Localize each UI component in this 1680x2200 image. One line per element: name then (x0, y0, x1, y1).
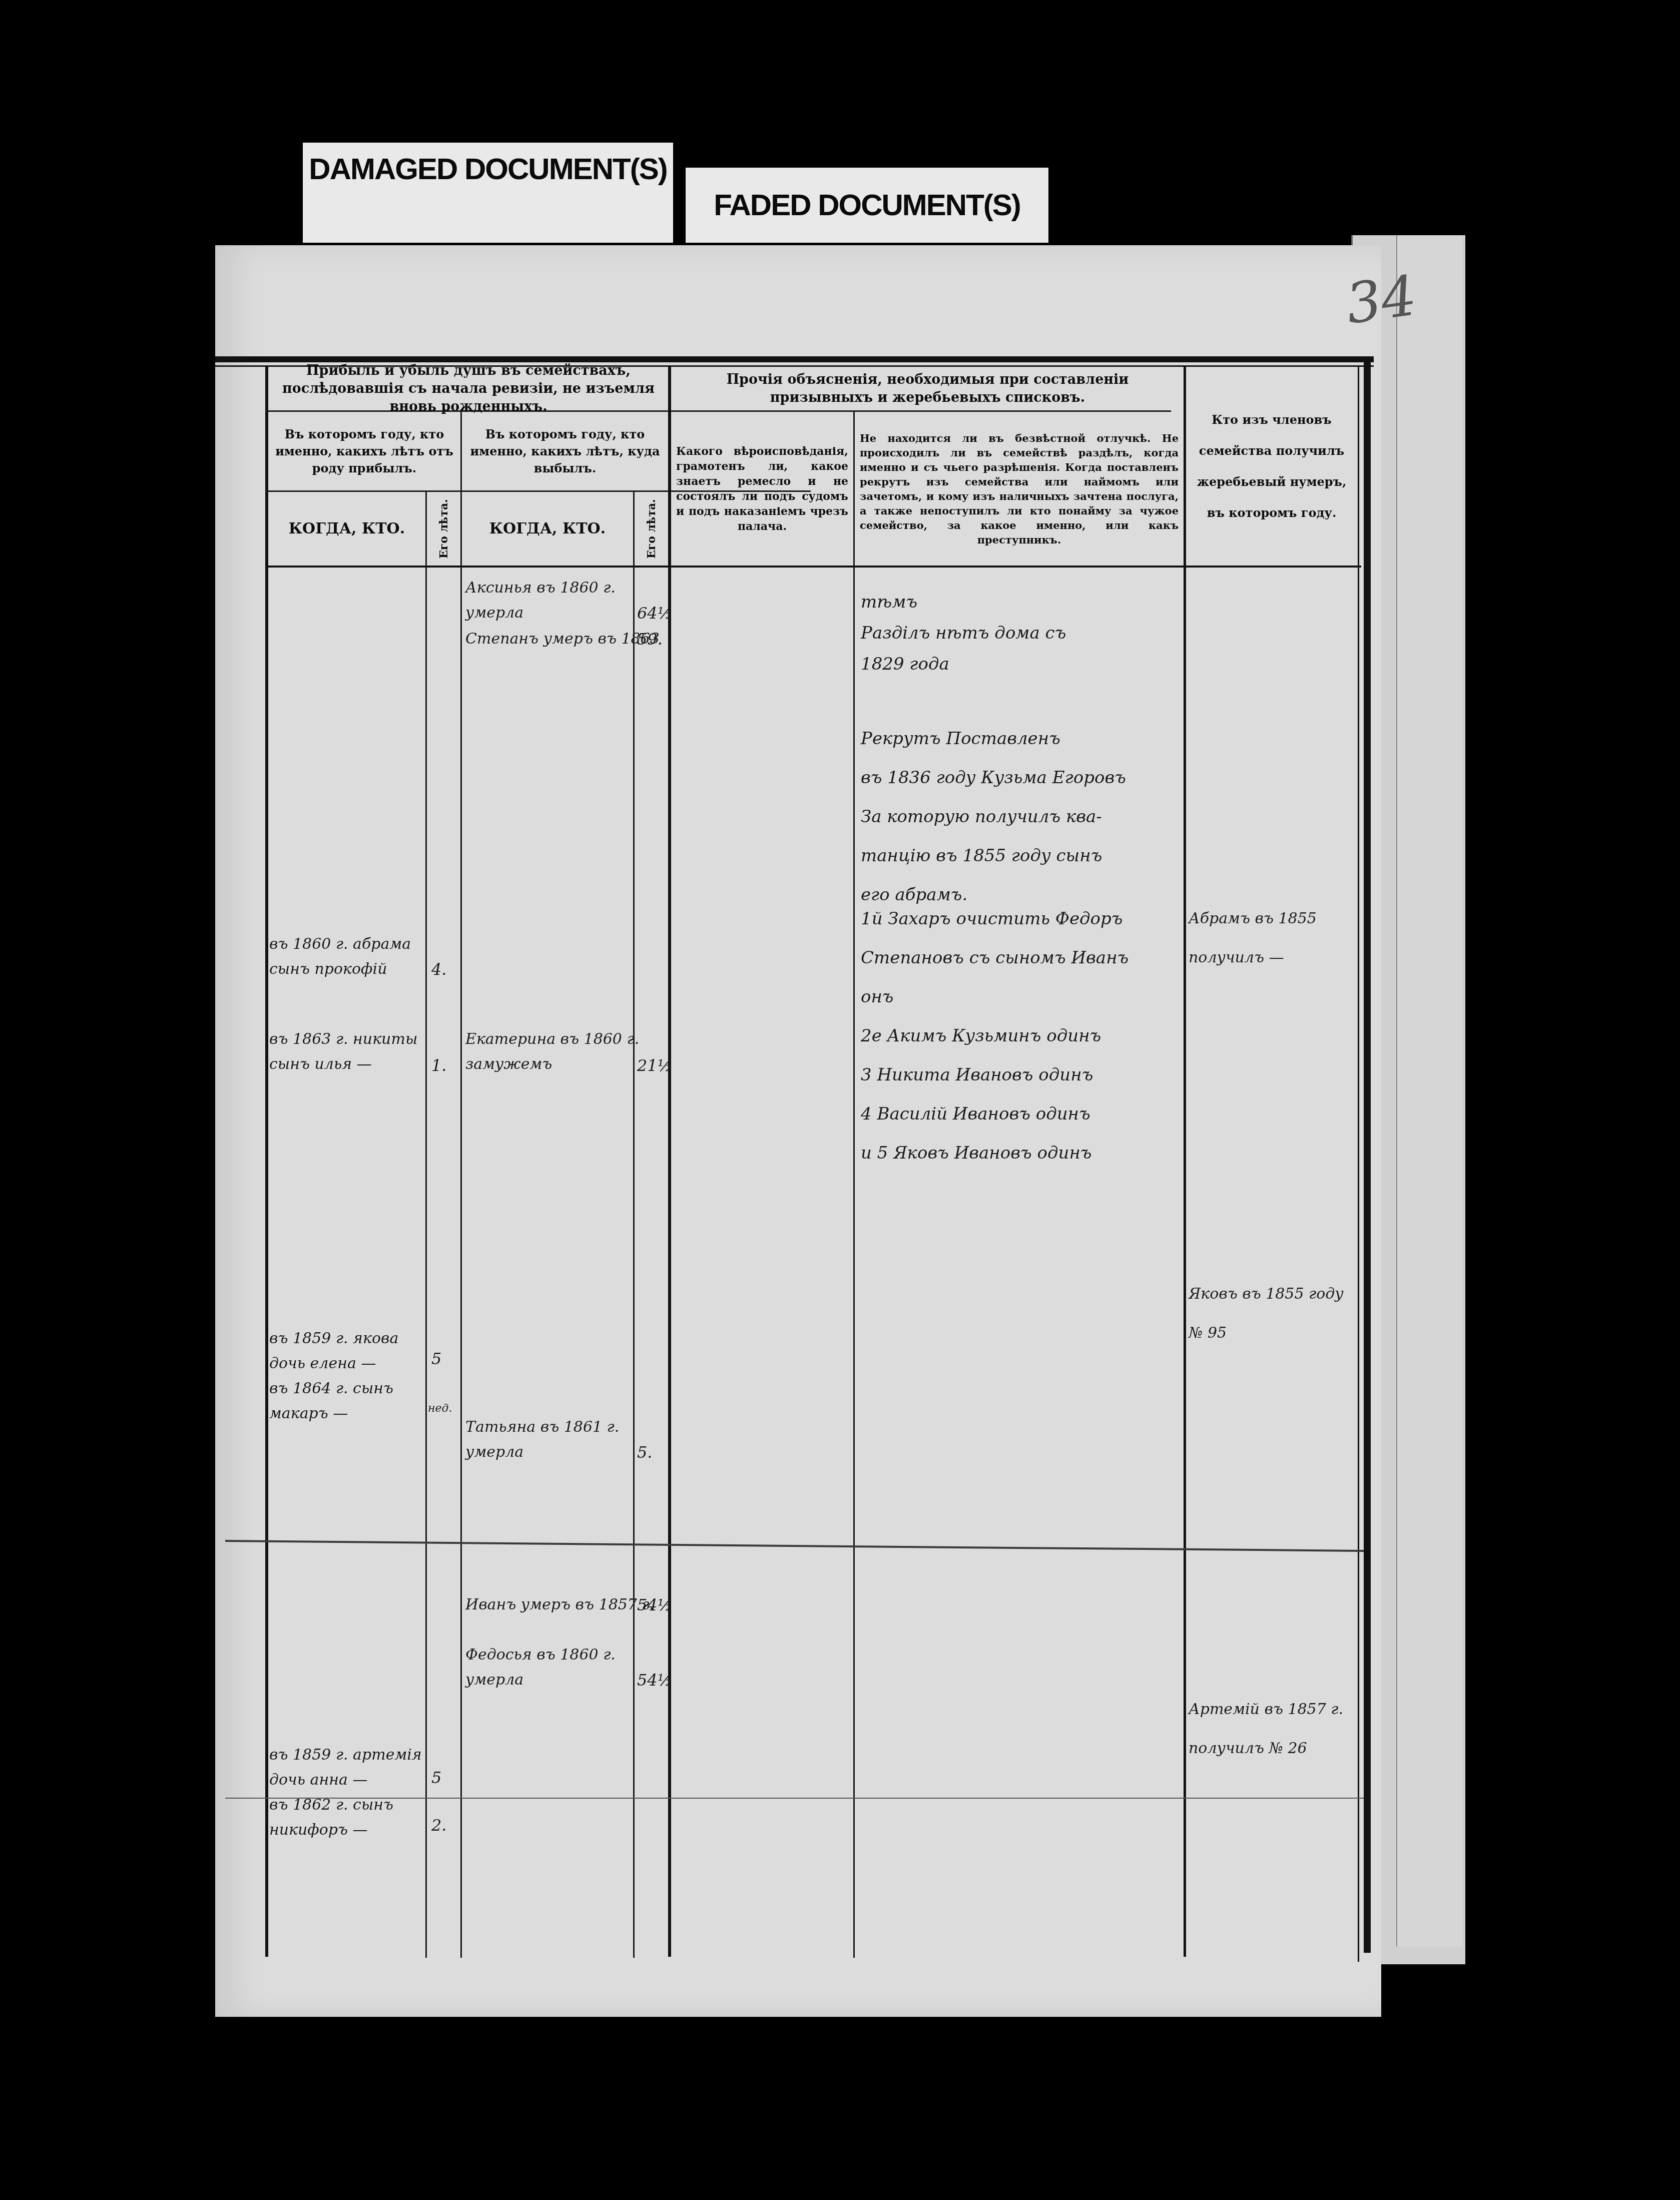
section-divider-1 (225, 1540, 1364, 1552)
departed-entry: Федосья въ 1860 г. умерла (465, 1642, 616, 1693)
lottery-entry: Абрамъ въ 1855 получилъ — (1189, 899, 1317, 977)
departed-age: 21½ (637, 1053, 673, 1078)
arrived-entry: въ 1859 г. артемія дочь анна — (269, 1743, 422, 1793)
arrived-entry: въ 1864 г. сынъ макаръ — (269, 1376, 393, 1426)
arrived-age: 1. (431, 1053, 447, 1078)
header-arrived: Въ которомъ году, кто именно, какихъ лѣт… (268, 412, 460, 491)
lottery-entry: Артемій въ 1857 г. получилъ № 26 (1189, 1690, 1343, 1768)
right-thick-rule (1364, 356, 1371, 1953)
header-other-explanations: Прочія объясненія, необходимыя при соста… (671, 367, 1184, 411)
departed-age: 54½ (637, 1668, 673, 1693)
folio-number: 34 (1342, 263, 1420, 336)
col-rule-age1 (425, 491, 427, 1958)
col-rule-departed (460, 411, 462, 1958)
header-lottery-number: Кто изъ членовъ семейства получилъ жереб… (1186, 367, 1357, 566)
arrived-entry: въ 1863 г. никиты сынъ илья — (269, 1027, 417, 1077)
arrived-entry: въ 1860 г. абрама сынъ прокофій (269, 932, 411, 982)
header-age-arrived-cell: Его лѣта. (427, 492, 460, 566)
departed-entry: Степанъ умеръ въ 1863 (465, 627, 660, 652)
arrived-entry: въ 1862 г. сынъ никифоръ — (269, 1793, 393, 1843)
right-thin-rule (1358, 365, 1359, 1962)
arrived-age: нед. (428, 1396, 452, 1421)
remarks-entry: тѣмъ Разділъ нѣтъ дома съ 1829 года (861, 587, 1066, 680)
departed-entry: Аксинья въ 1860 г. умерла (465, 576, 616, 626)
col-rule-lottery (1184, 365, 1186, 1957)
revision-table: Прибыль и убыль душъ въ семействахъ, пос… (215, 356, 1374, 1958)
departed-age: 5. (637, 1440, 653, 1465)
arrived-entry: въ 1859 г. якова дочь елена — (269, 1326, 398, 1376)
section-divider-2 (225, 1798, 1364, 1799)
header-religion: Какого вѣроисповѣданія, грамотенъ ли, ка… (671, 412, 853, 566)
header-age-departed-cell: Его лѣта. (635, 492, 668, 566)
departed-entry: Татьяна въ 1861 г. умерла (465, 1415, 619, 1465)
arrived-age: 4. (431, 957, 447, 982)
departed-age: 64½ (637, 601, 673, 626)
header-age-arrived: Его лѣта. (438, 499, 450, 559)
departed-age: 54½ (637, 1592, 673, 1617)
arrived-age: 5 (431, 1765, 441, 1790)
back-sheet-edge (1396, 235, 1462, 1947)
damaged-document-label: DAMAGED DOCUMENT(S) (303, 143, 673, 243)
departed-entry: Екатерина въ 1860 г. замужемъ (465, 1027, 639, 1077)
header-remarks: Не находится ли въ безвѣстной отлучкѣ. Н… (855, 412, 1184, 566)
faded-document-label: FADED DOCUMENT(S) (686, 168, 1048, 243)
lottery-entry: Яковъ въ 1855 году № 95 (1189, 1275, 1344, 1353)
col-rule-remarks (853, 411, 855, 1958)
departed-age: 59. (637, 627, 663, 652)
arrived-age: 5 (431, 1346, 441, 1371)
remarks-entry: Рекрутъ Поставленъ въ 1836 году Кузьма Е… (861, 719, 1126, 914)
left-rule (265, 365, 268, 1957)
header-when-who-arrived: КОГДА, КТО. (268, 492, 425, 566)
remarks-entry: 1й Захаръ очистить Федоръ Степановъ съ с… (861, 899, 1129, 1173)
header-gain-loss: Прибыль и убыль душъ въ семействахъ, пос… (268, 367, 669, 411)
col-rule-age2 (633, 491, 635, 1958)
header-departed: Въ которомъ году, кто именно, какихъ лѣт… (462, 412, 668, 491)
header-bottom-rule (265, 566, 1361, 568)
header-when-who-departed: КОГДА, КТО. (462, 492, 633, 566)
arrived-age: 2. (431, 1813, 447, 1838)
departed-entry: Иванъ умеръ въ 1857 г. (465, 1592, 654, 1617)
header-age-departed: Его лѣта. (646, 499, 658, 559)
